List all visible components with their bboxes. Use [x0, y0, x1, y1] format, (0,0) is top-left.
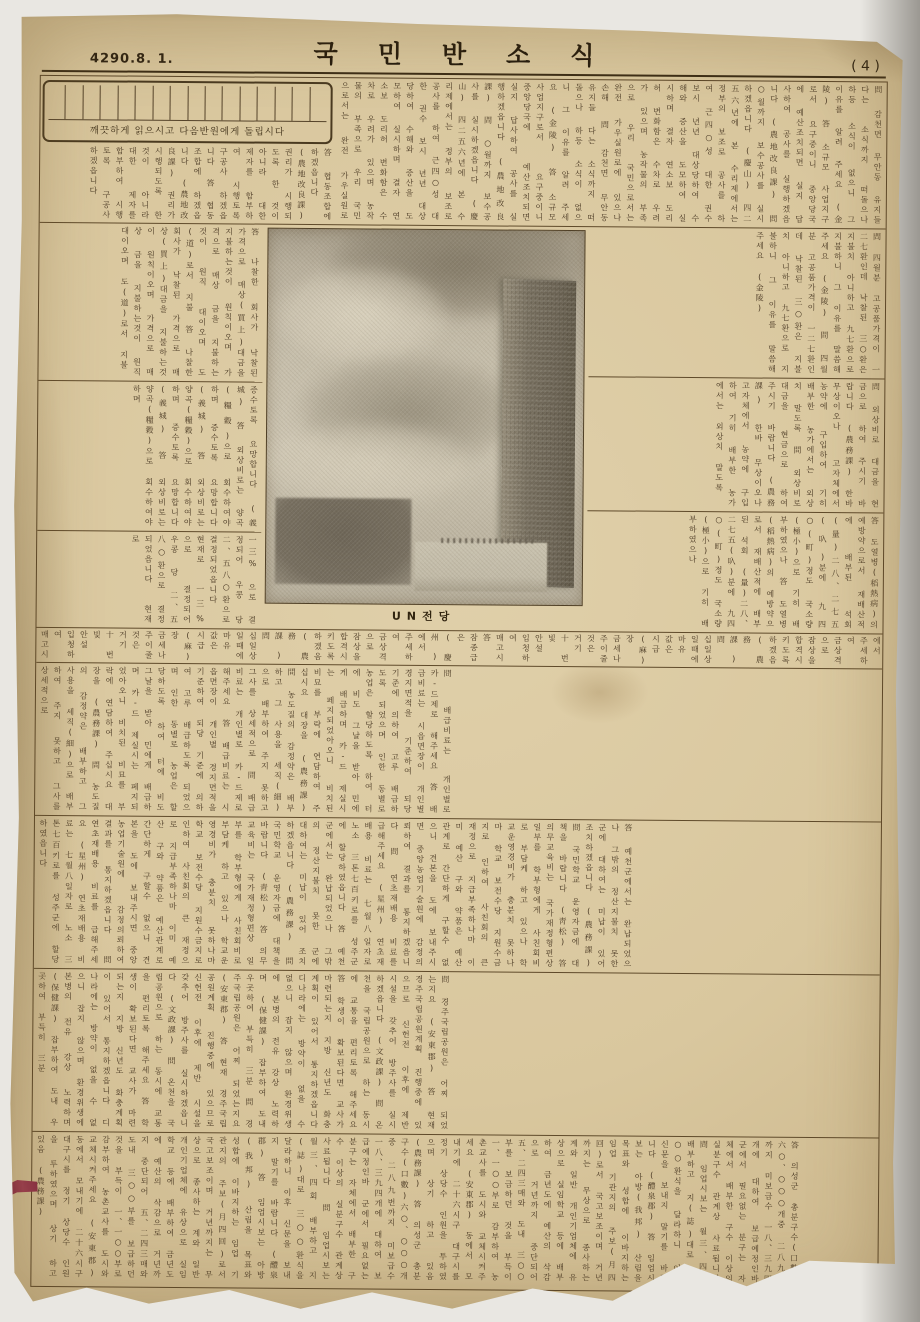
- tally-cell: [101, 85, 119, 119]
- text-band: 答 협동조합에 하겠읍니다 (農地改良課) 권리가 시행되도록 한 것이 아니라…: [40, 144, 337, 224]
- tally-cell: [205, 86, 223, 120]
- text-band: 答 의성군 총분구수(口數)六○、○○○개중 二八九번까지 미보급수 一八、三九…: [31, 1132, 803, 1288]
- content-frame: 깨끗하게 읽으시고 다음반원에게 돌립시다 答 협동조합에 하겠읍니다 (農地改…: [30, 75, 887, 1294]
- text-band: 一三% 으로 결정되어 우콩 당 二、五八○환으로 결정되었읍니다 현재로 一三…: [36, 531, 261, 629]
- tally-cell: [188, 86, 206, 120]
- circulation-notice: 깨끗하게 읽으시고 다음반원에게 돌립시다: [48, 120, 326, 139]
- un-building-photo: [265, 228, 586, 606]
- text-band: 問 배급비료는 개인별로 카-드제로 해주세요 答 배급비료는 시읍면장이 개인…: [35, 663, 456, 818]
- page-content: 4290.8. 1. 국민반소식 ( 4 ) 깨끗하게 읽으시고 다음반원에게 …: [6, 12, 908, 1319]
- photo-left-columns: 答 나찰한 회사가 낙찰된 가격으로 매상(買上)대금을 지불하는것이 원칙이오…: [36, 223, 263, 629]
- tally-cell: [171, 86, 189, 120]
- band-photo: 答 나찰한 회사가 낙찰된 가격으로 매상(買上)대금을 지불하는것이 원칙이오…: [36, 223, 885, 634]
- tally-cell: [136, 86, 154, 120]
- text-band: 問 四월분 고공품가격이 一二七환인데 낙찰된 三○환은 지불치 아니하고 九七…: [588, 227, 885, 379]
- tally-cell: [240, 86, 258, 120]
- circulation-tally-box: 깨끗하게 읽으시고 다음반원에게 돌립시다: [42, 80, 332, 144]
- text-band: 答 나찰한 회사가 낙찰된 가격으로 매상(買上)대금을 지불하는것이 원칙이오…: [38, 223, 263, 383]
- text-band: 증수토록 요망합니다 (義城) 答 외상비로는 양곡(糧穀)으로 회수하여야 하…: [37, 381, 262, 533]
- tally-cell: [66, 85, 84, 119]
- text-band: 問 감천면 무안동 유지들 다는 소식까지 떠돌으나 하등 소식이 없으니 그 …: [336, 78, 887, 228]
- notice-column: 깨끗하게 읽으시고 다음반원에게 돌립시다 答 협동조합에 하겠읍니다 (農地改…: [40, 76, 337, 224]
- text-band: 答 도열병(稻熱病)의 예방약으로서 재배산적에 배부된 석회 (量)二八、二七…: [586, 511, 883, 633]
- tally-cells: [48, 85, 326, 122]
- issue-date: 4290.8. 1.: [90, 51, 174, 67]
- tally-cell: [83, 85, 101, 119]
- photo-right-columns: 問 四월분 고공품가격이 一二七환인데 낙찰된 三○환은 지불치 아니하고 九七…: [586, 227, 885, 633]
- tally-cell: [310, 87, 327, 121]
- tally-cell: [118, 85, 136, 119]
- halftone-grain: [266, 229, 585, 605]
- tally-cell: [48, 85, 66, 119]
- tally-cell: [153, 86, 171, 120]
- text-band: 問 외상비로 대금을 현금으로 하여 주시기 바랍니다 (農務課) 한바 무상이…: [587, 377, 884, 513]
- tally-cell: [258, 87, 276, 121]
- tally-cell: [275, 87, 293, 121]
- newspaper-page: 4290.8. 1. 국민반소식 ( 4 ) 깨끗하게 읽으시고 다음반원에게 …: [6, 12, 908, 1319]
- text-band: 問 경주국립공원은 어찌 되었는지요 (安東郡) 答 현재 경주국립공원계획 진…: [33, 969, 454, 1134]
- photo-caption: UN전당: [392, 605, 456, 627]
- tally-cell: [293, 87, 311, 121]
- newspaper-title: 국민반소식: [293, 34, 634, 73]
- band-top: 깨끗하게 읽으시고 다음반원에게 돌립시다 答 협동조합에 하겠읍니다 (農地改…: [40, 76, 887, 229]
- photo-block: UN전당: [260, 225, 589, 632]
- text-band: 答 예천군에서는 완납되었으나 그밖의 정산지불치 못한 군에 대하여는 미납이…: [34, 816, 637, 973]
- tally-cell: [223, 86, 241, 120]
- masthead: 4290.8. 1. 국민반소식 ( 4 ): [42, 32, 886, 79]
- page-number: ( 4 ): [851, 58, 880, 74]
